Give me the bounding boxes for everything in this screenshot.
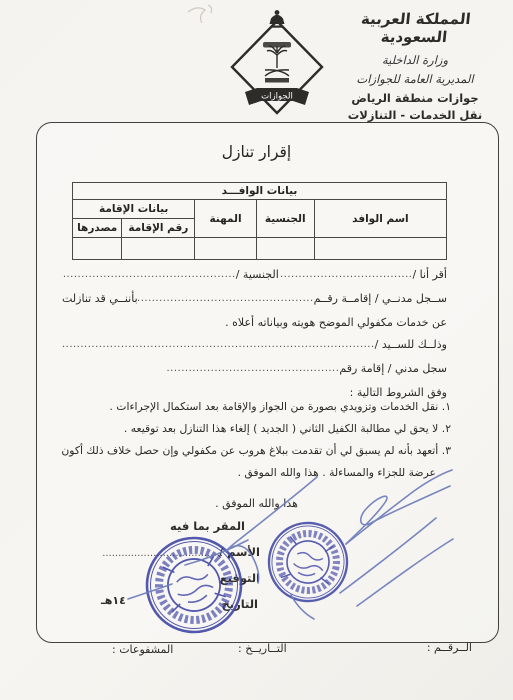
label-civil-record-iqama: ســجل مدنــي / إقامــة رقــم [314,288,447,311]
column-header-name: اسم الوافد [314,200,446,238]
hijri-year-prefix: ١٤هـ [101,594,126,607]
letterhead: المملكة العربية السعودية وزارة الداخلية … [325,10,505,125]
directorate-name: المديرية العامة للجوازات [325,72,505,86]
emblem-ribbon: الجوازات [245,88,309,105]
signature-label: التوقيع [220,571,260,585]
label-nationality: الجنسية / [236,264,279,287]
declaration-paragraph: أقر أنا / ..............................… [62,264,447,405]
palm-and-swords-icon [265,46,289,76]
conditions-list: ١. نقل الخدمات وتزويدي بصورة من الجواز و… [48,396,451,484]
pencil-smudge [188,5,212,23]
name-label: الأسم / [219,545,260,559]
region-office-name: جوازات منطقة الرياض [325,91,505,105]
condition-item-2: ٢. لا يحق لي مطالبة الكفيل الثاني ( الجد… [48,418,451,440]
column-header-nationality: الجنسية [256,200,314,238]
cell-nationality-blank [256,238,314,260]
blank-nationality: ........................................… [62,264,236,287]
column-header-residence-source: مصدرها [73,219,122,238]
blank-beneficiary-name: ........................................… [62,334,375,357]
blank-declarer-name: ........................................… [279,264,413,287]
table-empty-data-row [73,238,447,260]
condition-item-3: ٣. أتعهد بأنه لم يسبق لي أن تقدمت ببلاغ … [48,440,451,484]
label-i-have-waived: بأننــي قد تنازلت [62,288,138,311]
condition-item-1: ١. نقل الخدمات وتزويدي بصورة من الجواز و… [48,396,451,418]
scanned-waiver-form-page: المملكة العربية السعودية وزارة الداخلية … [0,0,513,700]
condition-text-3: أتعهد بأنه لم يسبق لي أن تقدمت ببلاغ هرو… [61,444,438,479]
emblem-inner-marks [263,42,291,83]
blank-signer-name: ...................................... [93,548,223,559]
column-header-residence-number: رقم الإقامة [122,219,195,238]
declarer-caption: المقر بما فيه [170,519,245,533]
ministry-name: وزارة الداخلية [325,53,505,67]
condition-text-2: لا يحق لي مطالبة الكفيل الثاني ( الجديد … [124,422,438,435]
cell-profession-blank [195,238,256,260]
footer-date-label: التــاريــخ : [238,642,287,655]
document-title: إقرار تنازل [0,143,513,161]
label-civil-record-iqama-2: سجل مدني / إقامة رقم [339,358,447,381]
label-i-declare: أقر أنا / [412,264,447,287]
kingdom-name: المملكة العربية السعودية [323,10,507,46]
department-name: نقل الخدمات - التنازلات [325,108,505,122]
blank-beneficiary-id-number: ........................................… [167,358,339,381]
expatriate-info-table: بيانات الوافـــد اسم الوافد الجنسية المه… [72,182,447,260]
footer-attachments-label: المشفوعات : [112,643,173,656]
blank-declarer-id-number: ........................................… [138,288,314,311]
logo-ribbon-text: الجوازات [261,92,293,102]
cell-residence-source-blank [73,238,122,260]
cell-name-blank [314,238,446,260]
passports-emblem-logo: الجوازات [225,6,329,120]
column-header-residence-group: بيانات الإقامة [73,200,195,219]
cell-residence-number-blank [122,238,195,260]
table-group-header: بيانات الوافـــد [73,183,447,200]
waive-services-line: عن خدمات مكفولي الموضح هويته وبياناته أع… [62,312,447,335]
column-header-profession: المهنة [195,200,256,238]
condition-number-1: ١. [442,400,451,413]
condition-number-2: ٢. [442,422,451,435]
label-to-mister: وذلــك للســيد / [375,334,447,357]
condition-text-1: نقل الخدمات وتزويدي بصورة من الجواز والإ… [109,400,438,413]
closing-invocation: هذا والله الموفق . [0,497,513,510]
date-label: التاريخ [222,597,259,611]
footer-number-label: الــرقــم : [427,641,472,654]
condition-number-3: ٣. [442,444,451,457]
